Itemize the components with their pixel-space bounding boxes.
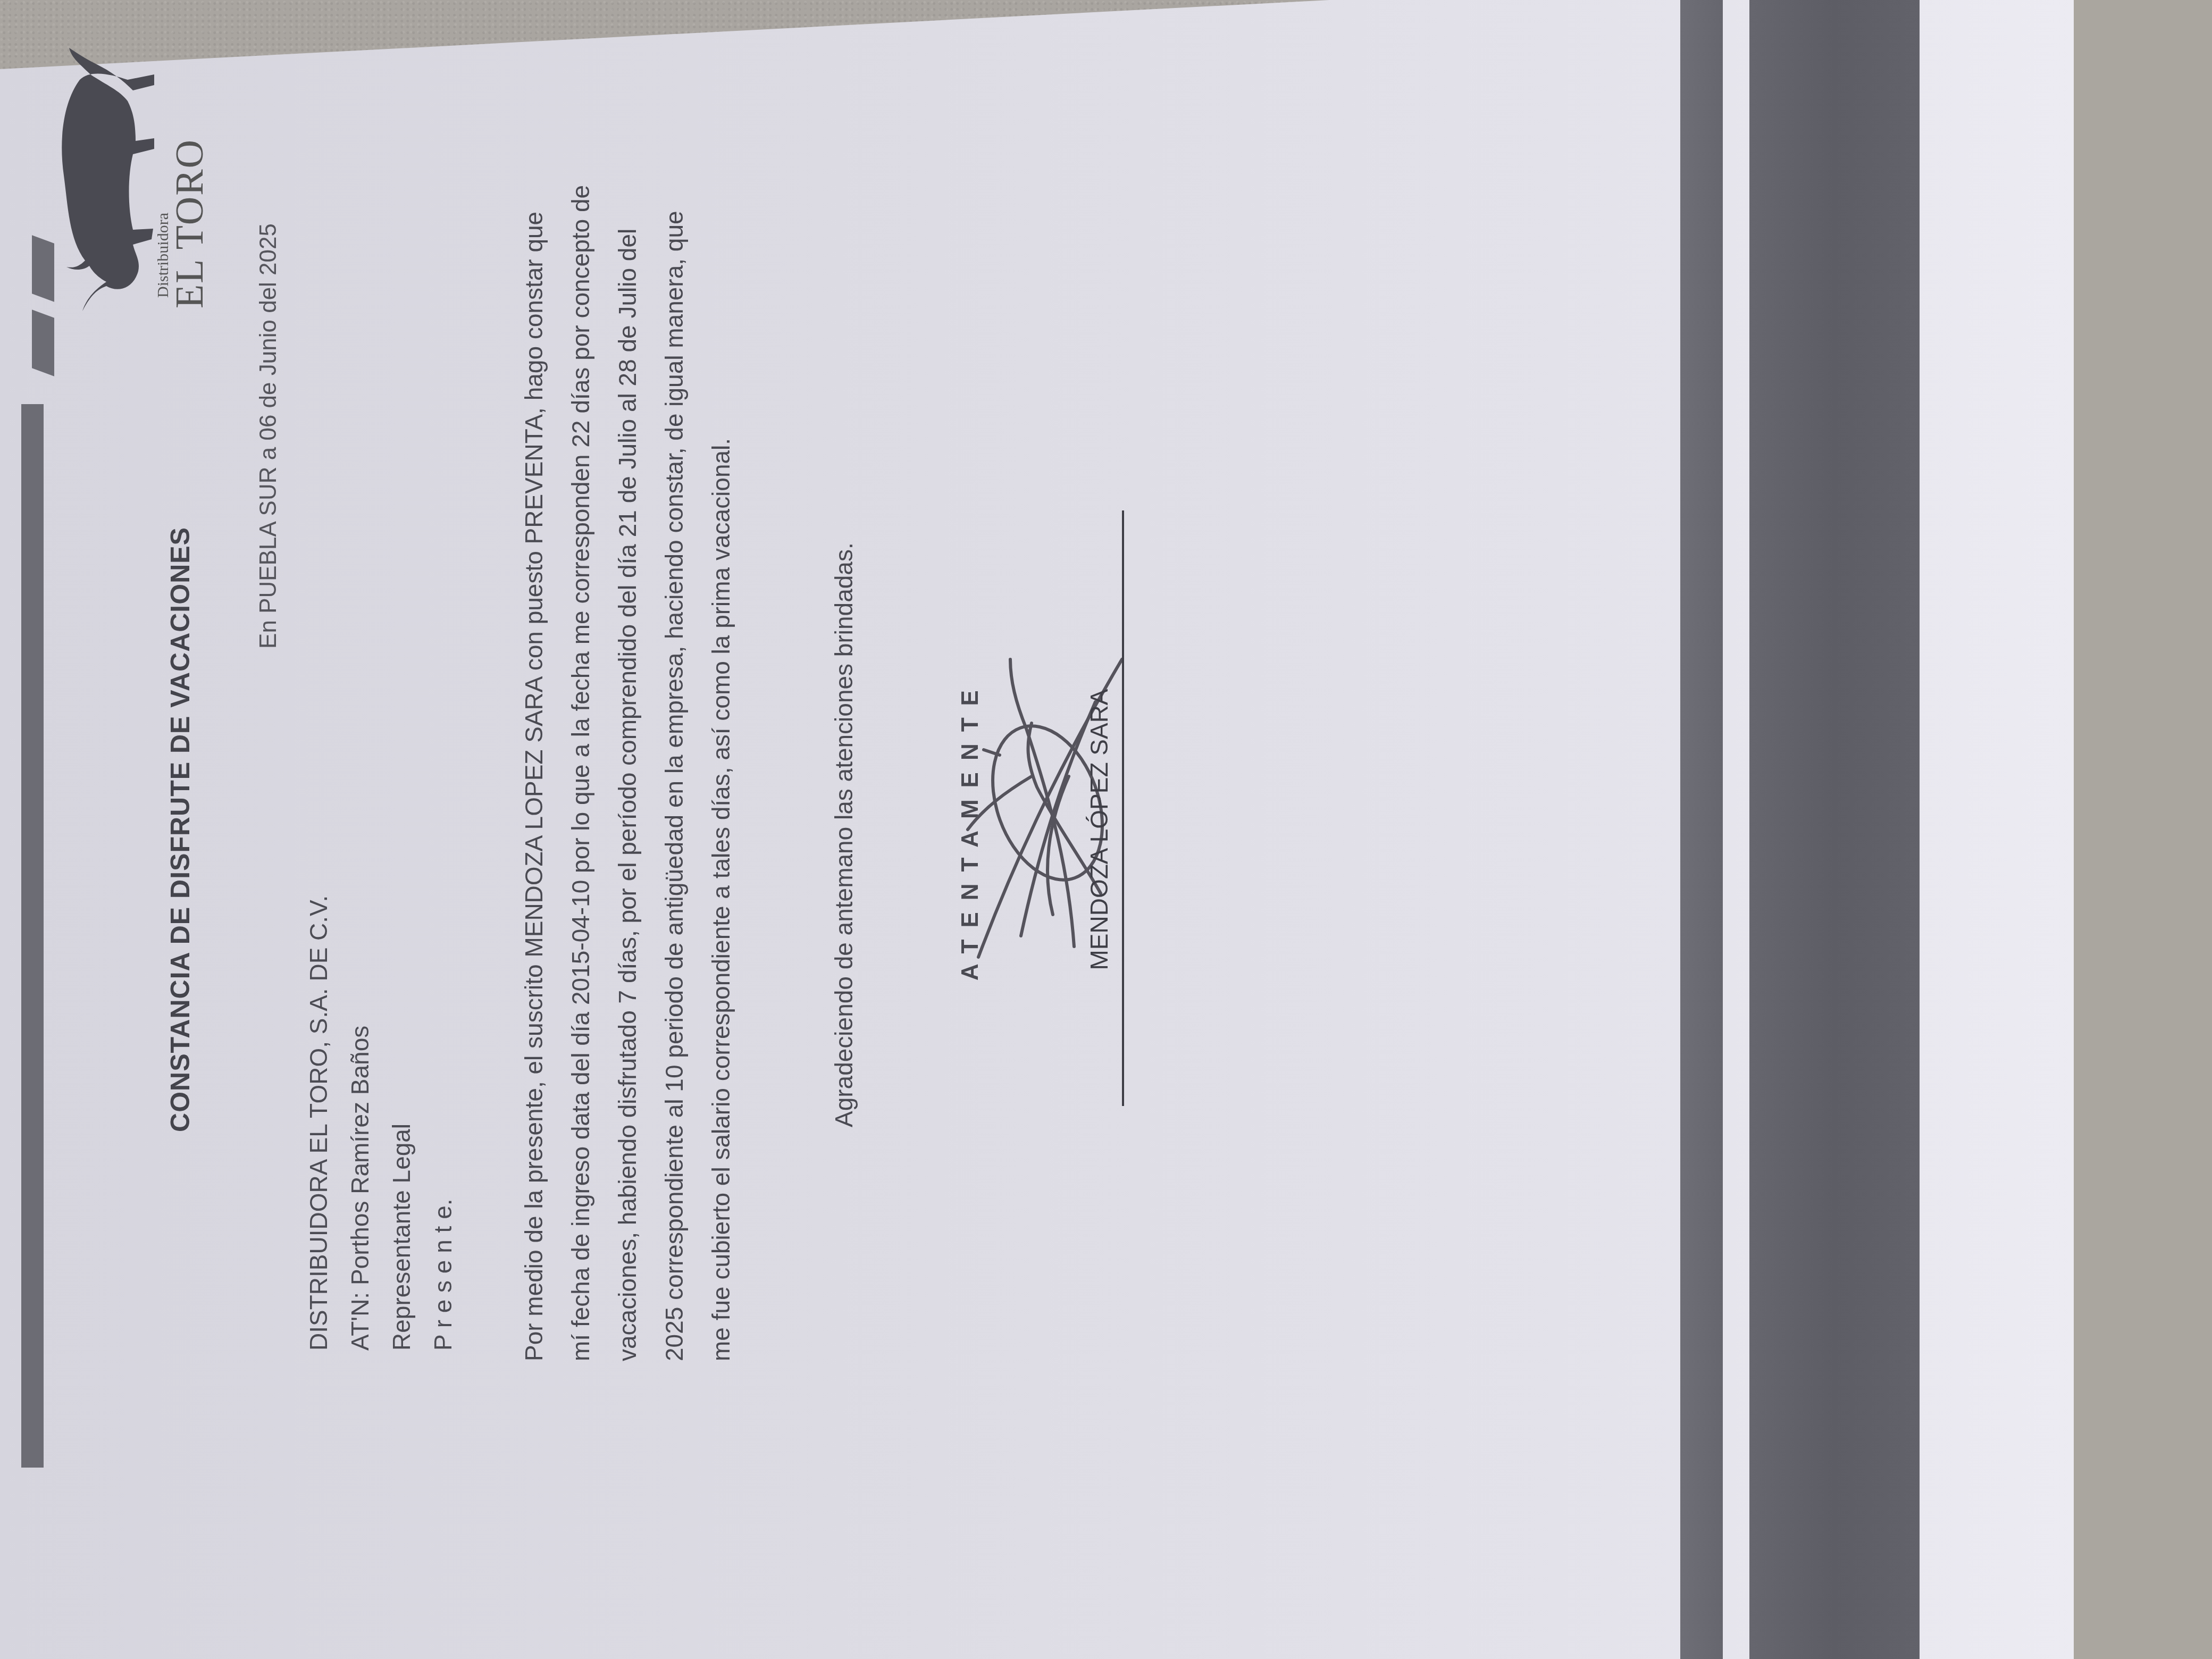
addressee-company: DISTRIBUIDORA EL TORO, S.A. DE C.V. (298, 895, 339, 1351)
addressee-block: DISTRIBUIDORA EL TORO, S.A. DE C.V. AT'N… (298, 895, 464, 1351)
body-line: 2025 correspondiente al 10 periodo de an… (651, 298, 698, 1361)
table-surface (2074, 0, 2212, 1659)
addressee-role: Representante Legal (381, 895, 422, 1351)
footer-decorative-bar-thick (1749, 0, 1920, 1659)
closing-text: Agradeciendo de antemano las atenciones … (829, 542, 858, 1127)
body-line: mí fecha de ingreso data del día 2015-04… (557, 298, 604, 1361)
document-title: CONSTANCIA DE DISFRUTE DE VACACIONES (165, 0, 196, 1659)
footer-decorative-bar-thin (1680, 0, 1723, 1659)
body-line: Por medio de la presente, el suscrito ME… (510, 298, 557, 1361)
header-decorative-block (32, 309, 54, 376)
signature-line (1122, 510, 1124, 1106)
body-paragraph: Por medio de la presente, el suscrito ME… (510, 298, 744, 1361)
addressee-attention: AT'N: Porthos Ramírez Baños (339, 895, 381, 1351)
header-decorative-bar (21, 404, 44, 1468)
body-line: me fue cubierto el salario correspondien… (698, 298, 744, 1361)
place-date: En PUEBLA SUR a 06 de Junio del 2025 (255, 223, 282, 649)
addressee-present: P r e s e n t e. (422, 895, 464, 1351)
signature-name: MENDOZA LÓPEZ SARA (1085, 0, 1113, 1659)
body-line: vacaciones, habiendo disfrutado 7 días, … (604, 298, 651, 1361)
